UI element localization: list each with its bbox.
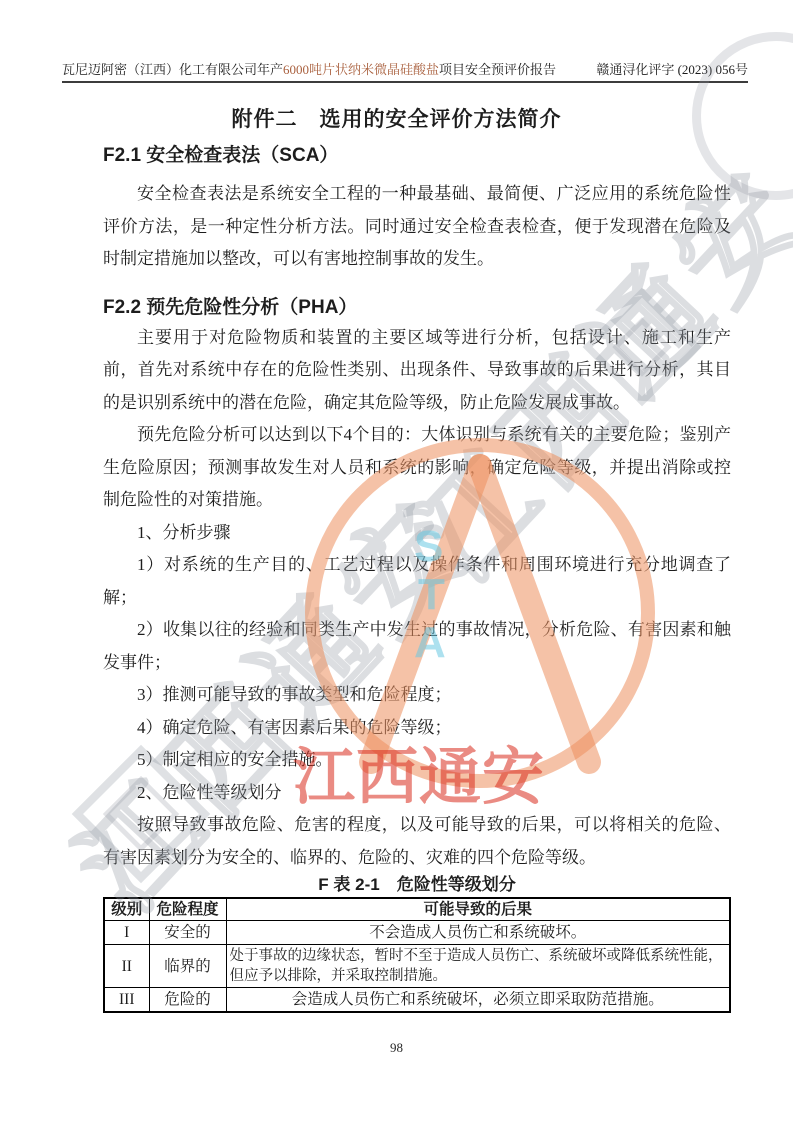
section-heading-f22: F2.2 预先危险性分析（PHA） [103,294,731,322]
cell-level-2: II [104,945,149,988]
column-header-consequence: 可能导致的后果 [226,898,730,921]
cell-degree-3: 危险的 [149,988,226,1013]
list-title-analysis-steps: 1、分析步骤 [103,517,731,550]
cell-consequence-1: 不会造成人员伤亡和系统破坏。 [226,921,730,945]
list-item-4: 4）确定危险、有害因素后果的危险等级； [103,712,731,745]
header-doc-number: 赣通浔化评字 (2023) 056号 [596,61,748,78]
paragraph-f21-1: 安全检查表法是系统安全工程的一种最基础、最简便、广泛应用的系统危险性评价方法，是… [103,178,731,276]
list-item-5: 5）制定相应的安全措施。 [103,744,731,777]
header-report-title-part1: 瓦尼迈阿密（江西）化工有限公司年产 [62,62,283,77]
list-title-hazard-levels: 2、危险性等级划分 [103,777,731,810]
list-item-1: 1）对系统的生产目的、工艺过程以及操作条件和周围环境进行充分地调查了解； [103,549,731,614]
column-header-level: 级别 [104,898,149,921]
section-heading-f21: F2.1 安全检查表法（SCA） [103,142,731,170]
header-report-title: 瓦尼迈阿密（江西）化工有限公司年产6000吨片状纳米微晶硅酸盐项目安全预评价报告 [62,61,556,78]
document-body: F2.1 安全检查表法（SCA） 安全检查表法是系统安全工程的一种最基础、最简便… [103,142,731,1013]
cell-consequence-2: 处于事故的边缘状态，暂时不至于造成人员伤亡、系统破坏或降低系统性能，但应予以排除… [226,945,730,988]
page-header: 瓦尼迈阿密（江西）化工有限公司年产6000吨片状纳米微晶硅酸盐项目安全预评价报告… [62,61,748,83]
table-header-row: 级别 危险程度 可能导致的后果 [104,898,730,921]
cell-level-3: III [104,988,149,1013]
paragraph-f22-2: 预先危险分析可以达到以下4个目的：大体识别与系统有关的主要危险；鉴别产生危险原因… [103,419,731,517]
cell-level-1: I [104,921,149,945]
header-report-title-highlight: 6000吨片状纳米微晶硅酸盐 [283,62,439,77]
table-caption: F 表 2-1 危险性等级划分 [103,874,731,895]
cell-degree-1: 安全的 [149,921,226,945]
list-item-2: 2）收集以往的经验和同类生产中发生过的事故情况，分析危险、有害因素和触发事件； [103,614,731,679]
page-number: 98 [0,1040,793,1056]
header-report-title-part2: 项目安全预评价报告 [439,62,556,77]
cell-degree-2: 临界的 [149,945,226,988]
table-row: I 安全的 不会造成人员伤亡和系统破坏。 [104,921,730,945]
list-item-3: 3）推测可能导致的事故类型和危险程度； [103,679,731,712]
document-page: 瓦尼迈阿密（江西）化工有限公司年产6000吨片状纳米微晶硅酸盐项目安全预评价报告… [0,0,793,1122]
cell-consequence-3: 会造成人员伤亡和系统破坏，必须立即采取防范措施。 [226,988,730,1013]
table-row: III 危险的 会造成人员伤亡和系统破坏，必须立即采取防范措施。 [104,988,730,1013]
paragraph-f22-3: 按照导致事故危险、危害的程度，以及可能导致的后果，可以将相关的危险、有害因素划分… [103,809,731,874]
column-header-degree: 危险程度 [149,898,226,921]
page-title: 附件二 选用的安全评价方法简介 [0,103,793,133]
hazard-level-table: 级别 危险程度 可能导致的后果 I 安全的 不会造成人员伤亡和系统破坏。 II … [103,897,731,1013]
table-row: II 临界的 处于事故的边缘状态，暂时不至于造成人员伤亡、系统破坏或降低系统性能… [104,945,730,988]
paragraph-f22-1: 主要用于对危险物质和装置的主要区域等进行分析，包括设计、施工和生产前，首先对系统… [103,322,731,420]
